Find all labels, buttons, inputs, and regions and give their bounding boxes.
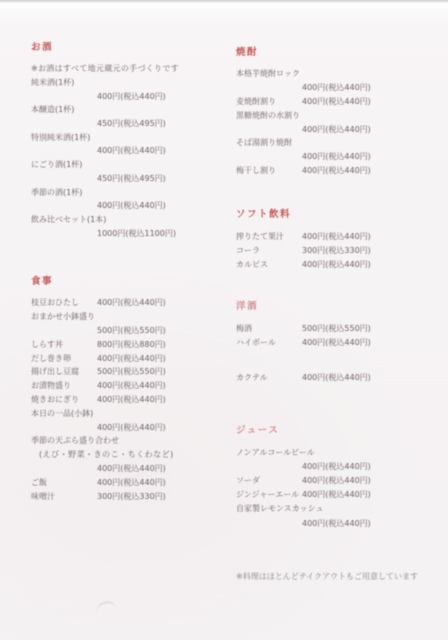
menu-line: しらす丼800円(税込880円): [31, 337, 227, 351]
section-title: ジュース: [236, 422, 436, 436]
item-price: 400円(税込440円): [302, 231, 371, 242]
item-name: 黒糖焼酎の水割り: [236, 110, 300, 121]
menu-line: 搾りたて果汁400円(税込440円): [236, 229, 436, 243]
item-name: ※お酒はすべて地元蔵元の手づくりです: [31, 63, 179, 74]
item-name: (えび・野菜・きのこ・ちくわなど): [39, 449, 174, 460]
menu-line: 麦焼酎割り400円(税込440円): [236, 95, 436, 109]
menu-line: お漬物盛り400円(税込440円): [31, 379, 227, 393]
item-price: 300円(税込330円): [302, 245, 371, 256]
menu-line: 1000円(税込1100円): [31, 226, 227, 240]
item-name: 味噌汁: [31, 491, 97, 502]
scan-edge-shadow: [0, 0, 448, 3]
menu-line: 500円(税込550円): [31, 324, 227, 338]
menu-line: カクテル400円(税込440円): [236, 371, 436, 385]
item-name: にごり酒(1杯): [31, 159, 82, 170]
menu-section-liquor: 洋酒 梅酒500円(税込550円)ハイボール400円(税込440円)カクテル40…: [236, 298, 436, 385]
section-lines: 本格芋焼酎ロック400円(税込440円)麦焼酎割り400円(税込440円)黒糖焼…: [236, 67, 436, 177]
item-price: 400円(税込440円): [97, 91, 166, 102]
item-name: 特別純米酒(1杯): [31, 132, 90, 143]
item-price: 400円(税込440円): [97, 200, 166, 211]
menu-line: 400円(税込440円): [31, 144, 227, 158]
menu-line: 純米酒(1杯): [31, 76, 227, 90]
item-name: 飲み比べセット(1本): [31, 214, 106, 225]
item-price: 500円(税込550円): [302, 323, 371, 334]
item-price: 400円(税込440円): [302, 96, 371, 107]
item-price: 800円(税込880円): [97, 339, 166, 350]
item-price: 400円(税込440円): [302, 124, 371, 135]
item-price: 450円(税込495円): [97, 118, 166, 129]
item-name: そば湯割り焼酎: [236, 137, 292, 148]
item-price: 400円(税込440円): [97, 353, 166, 364]
menu-line: カルピス400円(税込440円): [236, 257, 436, 271]
menu-line: 本格芋焼酎ロック: [236, 67, 436, 81]
item-name: 焼きおにぎり: [31, 394, 97, 405]
item-name: お漬物盛り: [31, 380, 97, 391]
item-price: 400円(税込440円): [97, 422, 166, 433]
section-lines: ※お酒はすべて地元蔵元の手づくりです純米酒(1杯)400円(税込440円)本醸造…: [31, 62, 227, 240]
item-price: 400円(税込440円): [302, 151, 371, 162]
menu-line: 飲み比べセット(1本): [31, 213, 227, 227]
menu-line: 400円(税込440円): [31, 420, 227, 434]
section-title: ソフト飲料: [236, 206, 436, 220]
menu-section-food: 食事 枝豆おひたし400円(税込440円)おまかせ小鉢盛り500円(税込550円…: [31, 273, 227, 503]
menu-line: ※お酒はすべて地元蔵元の手づくりです: [31, 62, 227, 76]
item-name: ソーダ: [236, 475, 302, 486]
item-price: 400円(税込440円): [302, 337, 371, 348]
item-name: 純米酒(1杯): [31, 77, 74, 88]
item-price: 400円(税込440円): [97, 394, 166, 405]
menu-line: 梅干し割り400円(税込440円): [236, 164, 436, 178]
menu-line: ソーダ400円(税込440円): [236, 473, 436, 487]
footnote-text: ※料理はほとんどテイクアウトもご用意しています: [236, 571, 441, 582]
item-name: 麦焼酎割り: [236, 96, 302, 107]
menu-line: コーラ300円(税込330円): [236, 243, 436, 257]
section-lines: 梅酒500円(税込550円)ハイボール400円(税込440円)カクテル400円(…: [236, 321, 436, 385]
section-title: 焼酎: [236, 44, 436, 58]
menu-section-shochu: 焼酎 本格芋焼酎ロック400円(税込440円)麦焼酎割り400円(税込440円)…: [236, 44, 436, 177]
menu-line: 400円(税込440円): [31, 89, 227, 103]
item-name: 季節の酒(1杯): [31, 187, 82, 198]
item-price: 400円(税込440円): [302, 475, 371, 486]
menu-line: にごり酒(1杯): [31, 158, 227, 172]
item-name: ご飯: [31, 477, 97, 488]
paper-smudge-mark: [95, 601, 116, 615]
menu-line: そば湯割り焼酎: [236, 136, 436, 150]
item-name: 本格芋焼酎ロック: [236, 68, 300, 79]
item-price: 500円(税込550円): [97, 366, 166, 377]
item-name: だし巻き卵: [31, 353, 97, 364]
menu-line: 季節の酒(1杯): [31, 185, 227, 199]
item-name: 季節の天ぷら盛り合わせ: [31, 435, 119, 446]
menu-line: 本日の一品(小鉢): [31, 406, 227, 420]
item-price: 400円(税込440円): [302, 82, 371, 93]
scanned-menu-page: お酒 ※お酒はすべて地元蔵元の手づくりです純米酒(1杯)400円(税込440円)…: [0, 0, 448, 640]
item-price: 300円(税込330円): [97, 491, 166, 502]
item-name: おまかせ小鉢盛り: [31, 311, 95, 322]
menu-line: [236, 350, 436, 371]
menu-line: 400円(税込440円): [31, 462, 227, 476]
item-price: 450円(税込495円): [97, 173, 166, 184]
menu-line: 梅酒500円(税込550円): [236, 321, 436, 335]
menu-line: 黒糖焼酎の水割り: [236, 108, 436, 122]
section-lines: 枝豆おひたし400円(税込440円)おまかせ小鉢盛り500円(税込550円)しら…: [31, 296, 227, 503]
section-title: 食事: [31, 273, 227, 287]
item-name: しらす丼: [31, 339, 97, 350]
menu-line: ご飯400円(税込440円): [31, 475, 227, 489]
item-name: ジンジャーエール: [236, 489, 302, 500]
item-price: 400円(税込440円): [97, 463, 166, 474]
menu-line: 400円(税込440円): [236, 81, 436, 95]
item-name: 本日の一品(小鉢): [31, 408, 93, 419]
item-price: 400円(税込440円): [302, 259, 371, 270]
item-price: 400円(税込440円): [302, 372, 371, 383]
menu-line: 400円(税込440円): [236, 516, 436, 530]
menu-line: 自家製レモンスカッシュ: [236, 502, 436, 516]
menu-line: 本醸造(1杯): [31, 103, 227, 117]
item-name: ハイボール: [236, 337, 302, 348]
item-price: 400円(税込440円): [302, 165, 371, 176]
menu-line: 400円(税込440円): [236, 459, 436, 473]
section-title: お酒: [31, 39, 227, 53]
item-name: カクテル: [236, 372, 302, 383]
item-name: 搾りたて果汁: [236, 231, 302, 242]
menu-section-juice: ジュース ノンアルコールビール400円(税込440円)ソーダ400円(税込440…: [236, 422, 436, 530]
item-name: 本醸造(1杯): [31, 104, 74, 115]
item-price: 400円(税込440円): [302, 489, 371, 500]
item-name: 自家製レモンスカッシュ: [236, 503, 324, 514]
menu-line: ノンアルコールビール: [236, 445, 436, 459]
menu-line: おまかせ小鉢盛り: [31, 310, 227, 324]
item-price: 400円(税込440円): [97, 380, 166, 391]
item-price: 400円(税込440円): [97, 477, 166, 488]
item-price: 1000円(税込1100円): [97, 228, 176, 239]
menu-line: ハイボール400円(税込440円): [236, 335, 436, 349]
menu-line: だし巻き卵400円(税込440円): [31, 351, 227, 365]
item-name: コーラ: [236, 245, 302, 256]
item-name: 揚げ出し豆腐: [31, 366, 97, 377]
item-name: 枝豆おひたし: [31, 297, 97, 308]
menu-line: 450円(税込495円): [31, 172, 227, 186]
section-lines: ノンアルコールビール400円(税込440円)ソーダ400円(税込440円)ジンジ…: [236, 445, 436, 530]
menu-line: 季節の天ぷら盛り合わせ: [31, 434, 227, 448]
menu-line: 400円(税込440円): [236, 122, 436, 136]
menu-line: 特別純米酒(1杯): [31, 130, 227, 144]
menu-line: 揚げ出し豆腐500円(税込550円): [31, 365, 227, 379]
menu-section-softdrinks: ソフト飲料 搾りたて果汁400円(税込440円)コーラ300円(税込330円)カ…: [236, 206, 436, 271]
menu-line: ジンジャーエール400円(税込440円): [236, 488, 436, 502]
menu-line: 400円(税込440円): [236, 150, 436, 164]
item-price: 400円(税込440円): [302, 461, 371, 472]
item-price: 400円(税込440円): [97, 145, 166, 156]
item-price: 500円(税込550円): [97, 325, 166, 336]
section-lines: 搾りたて果汁400円(税込440円)コーラ300円(税込330円)カルピス400…: [236, 229, 436, 271]
item-name: 梅干し割り: [236, 165, 302, 176]
item-price: 400円(税込440円): [302, 518, 371, 529]
menu-line: 味噌汁300円(税込330円): [31, 489, 227, 503]
menu-line: 400円(税込440円): [31, 199, 227, 213]
menu-line: 枝豆おひたし400円(税込440円): [31, 296, 227, 310]
item-name: ノンアルコールビール: [236, 447, 315, 458]
menu-section-sake: お酒 ※お酒はすべて地元蔵元の手づくりです純米酒(1杯)400円(税込440円)…: [31, 39, 227, 240]
item-name: 梅酒: [236, 323, 302, 334]
item-name: カルピス: [236, 259, 302, 270]
section-title: 洋酒: [236, 298, 436, 312]
menu-line: 焼きおにぎり400円(税込440円): [31, 393, 227, 407]
menu-line: 450円(税込495円): [31, 117, 227, 131]
item-price: 400円(税込440円): [97, 297, 166, 308]
menu-line: (えび・野菜・きのこ・ちくわなど): [31, 448, 227, 462]
